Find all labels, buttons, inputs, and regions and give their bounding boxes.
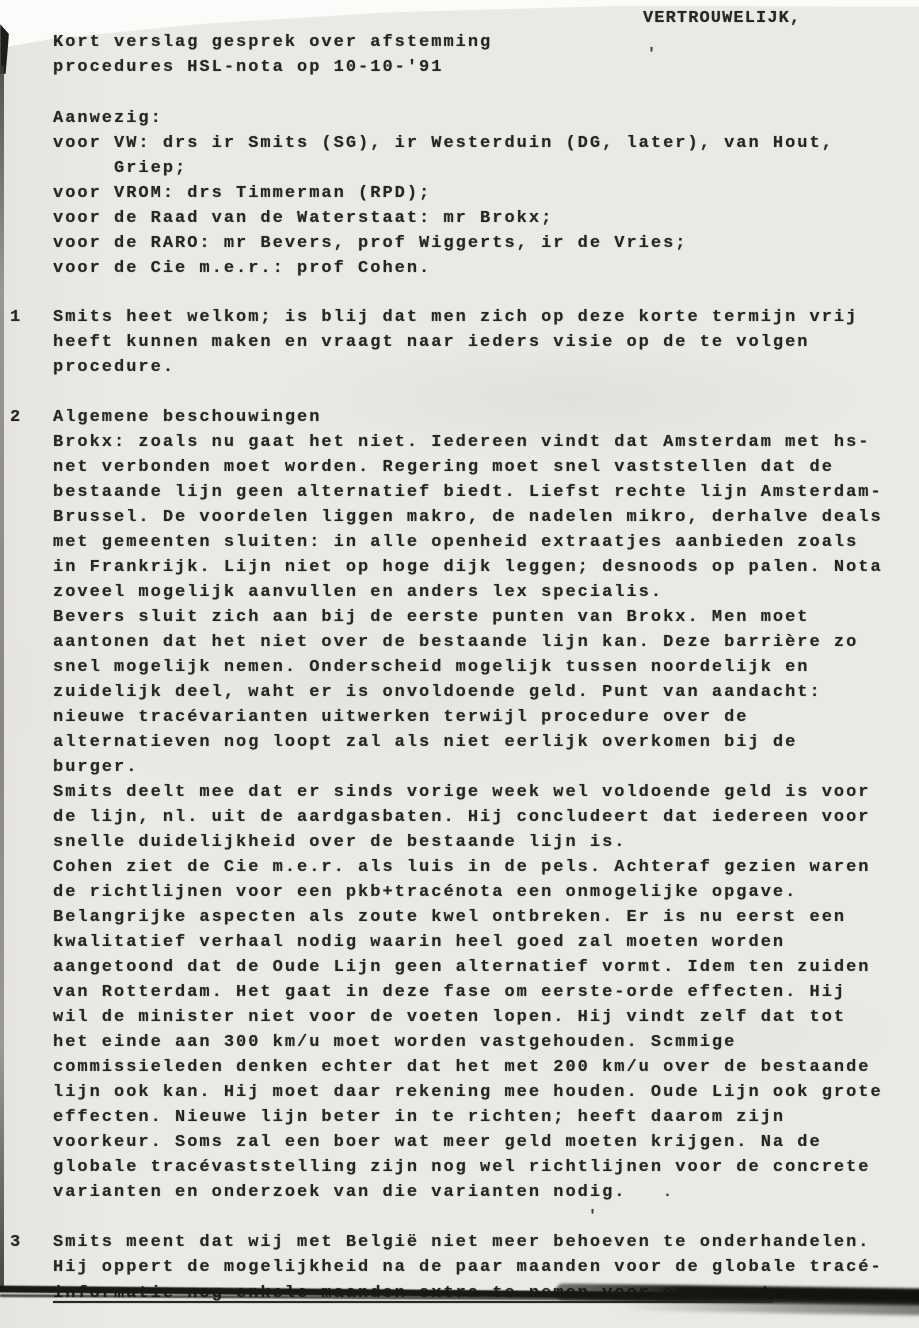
item-3-line-1: Smits meent dat wij met België niet meer…: [53, 1230, 871, 1255]
item-2-line-29: voorkeur. Soms zal een boer wat meer gel…: [53, 1130, 822, 1155]
item-2-line-25: het einde aan 300 km/u moet worden vastg…: [53, 1030, 736, 1055]
item-2-line-24: wil de minister niet voor de voeten lope…: [53, 1005, 846, 1030]
item-2-line-14: burger.: [53, 755, 138, 780]
item-2-line-2: net verbonden moet worden. Regering moet…: [53, 455, 834, 480]
attendees-line-raad-waterstaat: voor de Raad van de Waterstaat: mr Brokx…: [53, 206, 553, 231]
item-2-line-10: snel mogelijk nemen. Onderscheid mogelij…: [53, 655, 810, 680]
item-2-line-16: de lijn, nl. uit de aardgasbaten. Hij co…: [53, 805, 871, 830]
item-2-heading: Algemene beschouwingen: [53, 405, 321, 430]
item-3-number: 3: [10, 1230, 22, 1255]
stray-mark: .: [663, 1184, 672, 1201]
scan-artifact-left-edge-line: [0, 66, 4, 1292]
item-2-line-23: van Rotterdam. Het gaat in deze fase om …: [53, 980, 846, 1005]
document-title-line-2: procedures HSL-nota op 10-10-'91: [53, 55, 443, 80]
item-2-line-1: Brokx: zoals nu gaat het niet. Iedereen …: [53, 430, 871, 455]
stray-mark: ': [647, 46, 656, 63]
attendees-heading: Aanwezig:: [53, 106, 163, 131]
attendees-line-raro: voor de RARO: mr Bevers, prof Wiggerts, …: [53, 231, 688, 256]
item-1-line-1: Smits heet welkom; is blij dat men zich …: [53, 305, 858, 330]
classification-stamp: VERTROUWELIJK,: [643, 9, 801, 28]
item-2-line-11: zuidelijk deel, waht er is onvoldoende g…: [53, 680, 822, 705]
attendees-line-vw: voor VW: drs ir Smits (SG), ir Westerdui…: [53, 131, 834, 156]
item-2-number: 2: [10, 405, 22, 430]
item-2-line-20: Belangrijke aspecten als zoute kwel ontb…: [53, 905, 846, 930]
item-2-line-27: lijn ook kan. Hij moet daar rekening mee…: [53, 1080, 883, 1105]
attendees-line-vw-cont: Griep;: [53, 156, 187, 181]
item-1-number: 1: [10, 305, 22, 330]
item-2-line-13: alternatieven nog loopt zal als niet eer…: [53, 730, 797, 755]
item-2-line-12: nieuwe tracévarianten uitwerken terwijl …: [53, 705, 749, 730]
item-1-line-2: heeft kunnen maken en vraagt naar ieders…: [53, 330, 810, 355]
item-2-line-21: kwalitatief verhaal nodig waarin heel go…: [53, 930, 785, 955]
item-2-line-8: Bevers sluit zich aan bij de eerste punt…: [53, 605, 810, 630]
item-2-line-15: Smits deelt mee dat er sinds vorige week…: [53, 780, 871, 805]
stray-mark: ': [588, 1208, 597, 1225]
item-2-line-3: bestaande lijn geen alternatief biedt. L…: [53, 480, 883, 505]
attendees-line-cie-mer: voor de Cie m.e.r.: prof Cohen.: [53, 256, 431, 281]
item-2-line-26: commissieleden denken echter dat het met…: [53, 1055, 871, 1080]
item-2-line-19: de richtlijnen voor een pkb+tracénota ee…: [53, 880, 797, 905]
item-2-line-17: snelle duidelijkheid over de bestaande l…: [53, 830, 626, 855]
scanned-document-page: VERTROUWELIJK, ' Kort verslag gesprek ov…: [0, 0, 919, 1328]
item-2-line-18: Cohen ziet de Cie m.e.r. als luis in de …: [53, 855, 871, 880]
item-2-line-5: met gemeenten sluiten: in alle openheid …: [53, 530, 858, 555]
document-title-line-1: Kort verslag gesprek over afstemming: [53, 30, 492, 55]
item-2-line-7: zoveel mogelijk aanvullen en anders lex …: [53, 580, 663, 605]
item-2-line-4: Brussel. De voordelen liggen makro, de n…: [53, 505, 883, 530]
item-2-line-9: aantonen dat het niet over de bestaande …: [53, 630, 858, 655]
item-2-line-6: in Frankrijk. Lijn niet op hoge dijk leg…: [53, 555, 883, 580]
item-1-line-3: procedure.: [53, 355, 175, 380]
item-2-line-31: varianten en onderzoek van die varianten…: [53, 1180, 626, 1205]
item-2-line-22: aangetoond dat de Oude Lijn geen alterna…: [53, 955, 871, 980]
item-2-line-30: globale tracévaststelling zijn nog wel r…: [53, 1155, 871, 1180]
item-2-line-28: effecten. Nieuwe lijn beter in te richte…: [53, 1105, 785, 1130]
item-3-line-2: Hij oppert de mogelijkheid na de paar ma…: [53, 1255, 883, 1280]
attendees-line-vrom: voor VROM: drs Timmerman (RPD);: [53, 181, 431, 206]
